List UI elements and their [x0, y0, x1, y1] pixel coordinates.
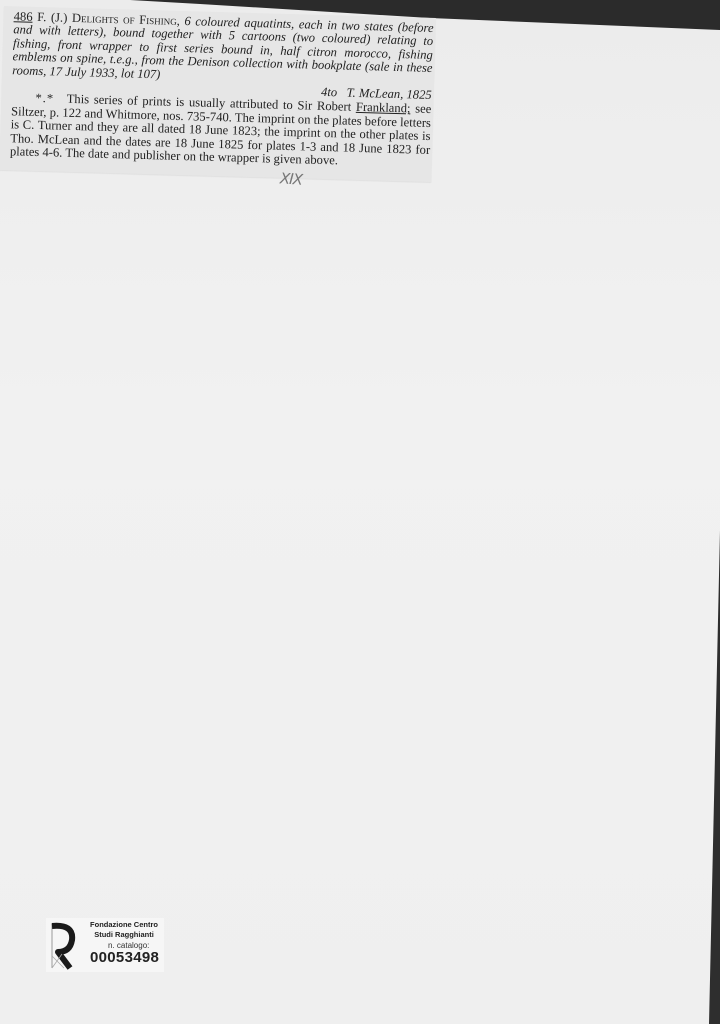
scanned-page: 486 F. (J.) Delights of Fishing, 6 colou…: [0, 0, 720, 1024]
stamp-catalog-number: 00053498: [90, 949, 159, 966]
note-mark: *.*: [35, 91, 54, 106]
catalogue-entry: 486 F. (J.) Delights of Fishing, 6 colou…: [10, 10, 434, 170]
stamp-org-name: Fondazione Centro Studi Ragghianti: [84, 920, 164, 940]
stamp-org-line2: Studi Ragghianti: [84, 930, 164, 940]
catalogue-clipping: 486 F. (J.) Delights of Fishing, 6 colou…: [0, 6, 436, 182]
fondazione-r-logo-icon: [48, 922, 78, 970]
stamp-org-line1: Fondazione Centro: [84, 920, 164, 930]
archive-stamp: Fondazione Centro Studi Ragghianti n. ca…: [46, 918, 164, 972]
entry-note: *.* This series of prints is usually att…: [10, 92, 432, 171]
entry-body: 486 F. (J.) Delights of Fishing, 6 colou…: [12, 10, 434, 89]
lot-number: 486: [14, 9, 33, 24]
scan-edge-right: [700, 0, 720, 1024]
entry-format: 4to: [321, 85, 337, 99]
handwritten-folio-mark: XIX: [279, 169, 302, 188]
entry-description: 6 coloured aquatints, each in two states…: [12, 14, 434, 81]
